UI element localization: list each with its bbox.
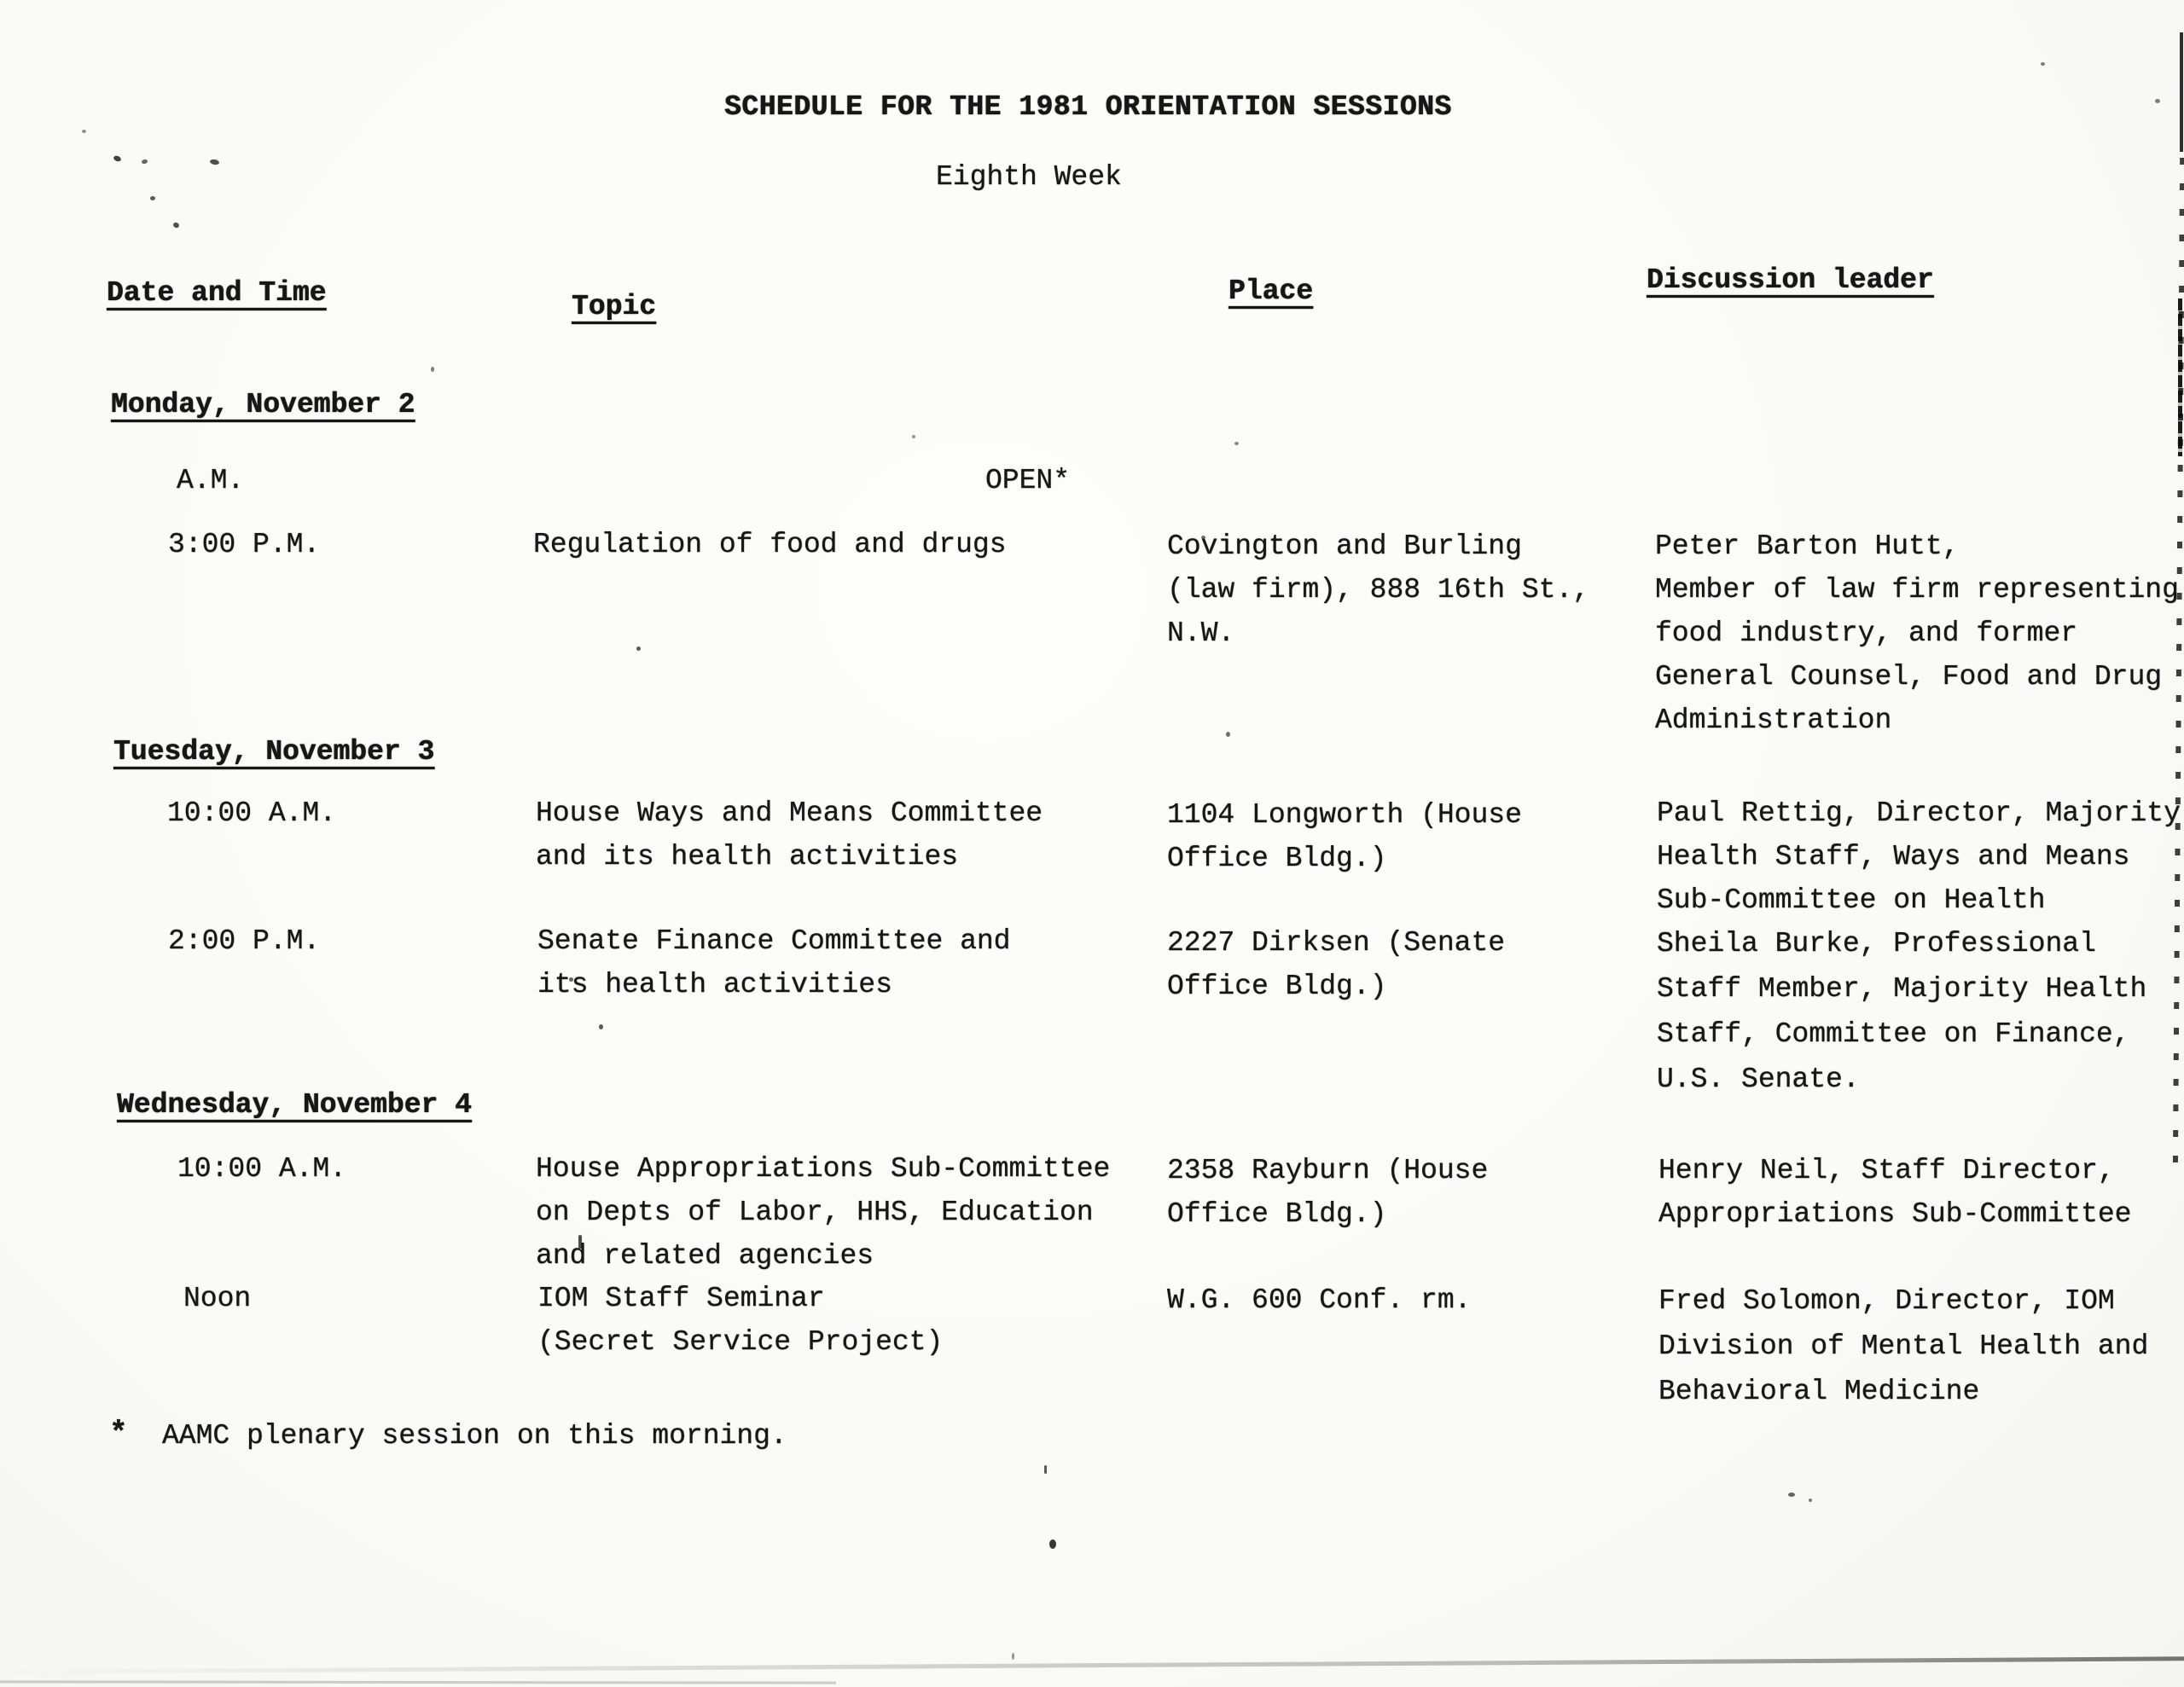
scan-bottom-edge-line — [0, 1656, 2184, 1674]
session-time: Noon — [183, 1277, 251, 1320]
scan-speck — [1788, 1493, 1795, 1497]
scan-speck — [150, 196, 155, 200]
session-topic: Senate Finance Committee and its health … — [537, 919, 1135, 1006]
scan-speck — [912, 435, 915, 438]
scan-speck — [1809, 1499, 1812, 1502]
scan-speck — [1049, 1539, 1056, 1549]
session-place: W.G. 600 Conf. rm. — [1167, 1278, 1645, 1322]
scanned-schedule-page: SCHEDULE FOR THE 1981 ORIENTATION SESSIO… — [0, 0, 2184, 1687]
scan-speck — [1012, 1653, 1014, 1660]
session-time: A.M. — [177, 459, 244, 502]
column-header-discussion-leader: Discussion leader — [1647, 258, 1934, 302]
day-heading-wednesday: Wednesday, November 4 — [117, 1083, 472, 1127]
scan-speck — [1226, 732, 1230, 737]
session-leader: Sheila Burke, Professional Staff Member,… — [1657, 921, 2184, 1102]
scan-speck — [2041, 62, 2045, 66]
scan-speck — [210, 159, 220, 165]
scan-speck — [82, 130, 86, 133]
session-leader: Henry Neil, Staff Director, Appropriatio… — [1658, 1149, 2184, 1236]
scan-speck — [431, 367, 434, 372]
scan-edge-bar — [2180, 32, 2183, 152]
session-leader: Fred Solomon, Director, IOM Division of … — [1658, 1278, 2184, 1414]
footnote-asterisk: * — [109, 1412, 128, 1455]
scan-speck — [569, 977, 573, 982]
column-header-date-time: Date and Time — [107, 271, 326, 315]
session-topic-open: OPEN* — [985, 459, 1070, 502]
scan-speck — [1044, 1465, 1047, 1474]
session-topic: House Ways and Means Committee and its h… — [536, 791, 1133, 878]
session-leader: Paul Rettig, Director, Majority Health S… — [1657, 791, 2184, 922]
session-place: 1104 Longworth (House Office Bldg.) — [1167, 793, 1645, 880]
session-time: 10:00 A.M. — [177, 1147, 346, 1191]
footnote-text: AAMC plenary session on this morning. — [162, 1414, 787, 1458]
scan-speck — [578, 1235, 582, 1249]
column-header-topic: Topic — [572, 285, 656, 328]
session-place: 2358 Rayburn (House Office Bldg.) — [1167, 1149, 1645, 1236]
scan-speck — [172, 222, 180, 229]
scan-speck — [599, 1024, 603, 1029]
scan-bottom-edge-line-2 — [0, 1680, 836, 1684]
scan-edge-solid-mark — [2178, 299, 2182, 456]
scan-speck — [2155, 99, 2160, 103]
session-leader: Peter Barton Hutt, Member of law firm re… — [1655, 525, 2184, 742]
document-subtitle: Eighth Week — [936, 155, 1122, 199]
column-header-place: Place — [1228, 270, 1313, 313]
scan-speck — [141, 159, 148, 165]
scan-speck — [1201, 536, 1205, 539]
session-topic: Regulation of food and drugs — [533, 523, 1130, 566]
session-time: 10:00 A.M. — [167, 791, 336, 835]
scan-speck — [636, 646, 641, 651]
scan-speck — [113, 155, 122, 163]
session-time: 2:00 P.M. — [168, 919, 320, 963]
day-heading-monday: Monday, November 2 — [111, 383, 415, 426]
day-heading-tuesday: Tuesday, November 3 — [113, 730, 434, 774]
session-topic: IOM Staff Seminar (Secret Service Projec… — [537, 1277, 1135, 1364]
session-place: Covington and Burling (law firm), 888 16… — [1167, 525, 1645, 655]
scan-speck — [1234, 442, 1239, 445]
session-place: 2227 Dirksen (Senate Office Bldg.) — [1167, 921, 1645, 1008]
session-time: 3:00 P.M. — [168, 523, 320, 566]
session-topic: House Appropriations Sub-Committee on De… — [536, 1147, 1150, 1278]
document-title: SCHEDULE FOR THE 1981 ORIENTATION SESSIO… — [724, 85, 1452, 129]
